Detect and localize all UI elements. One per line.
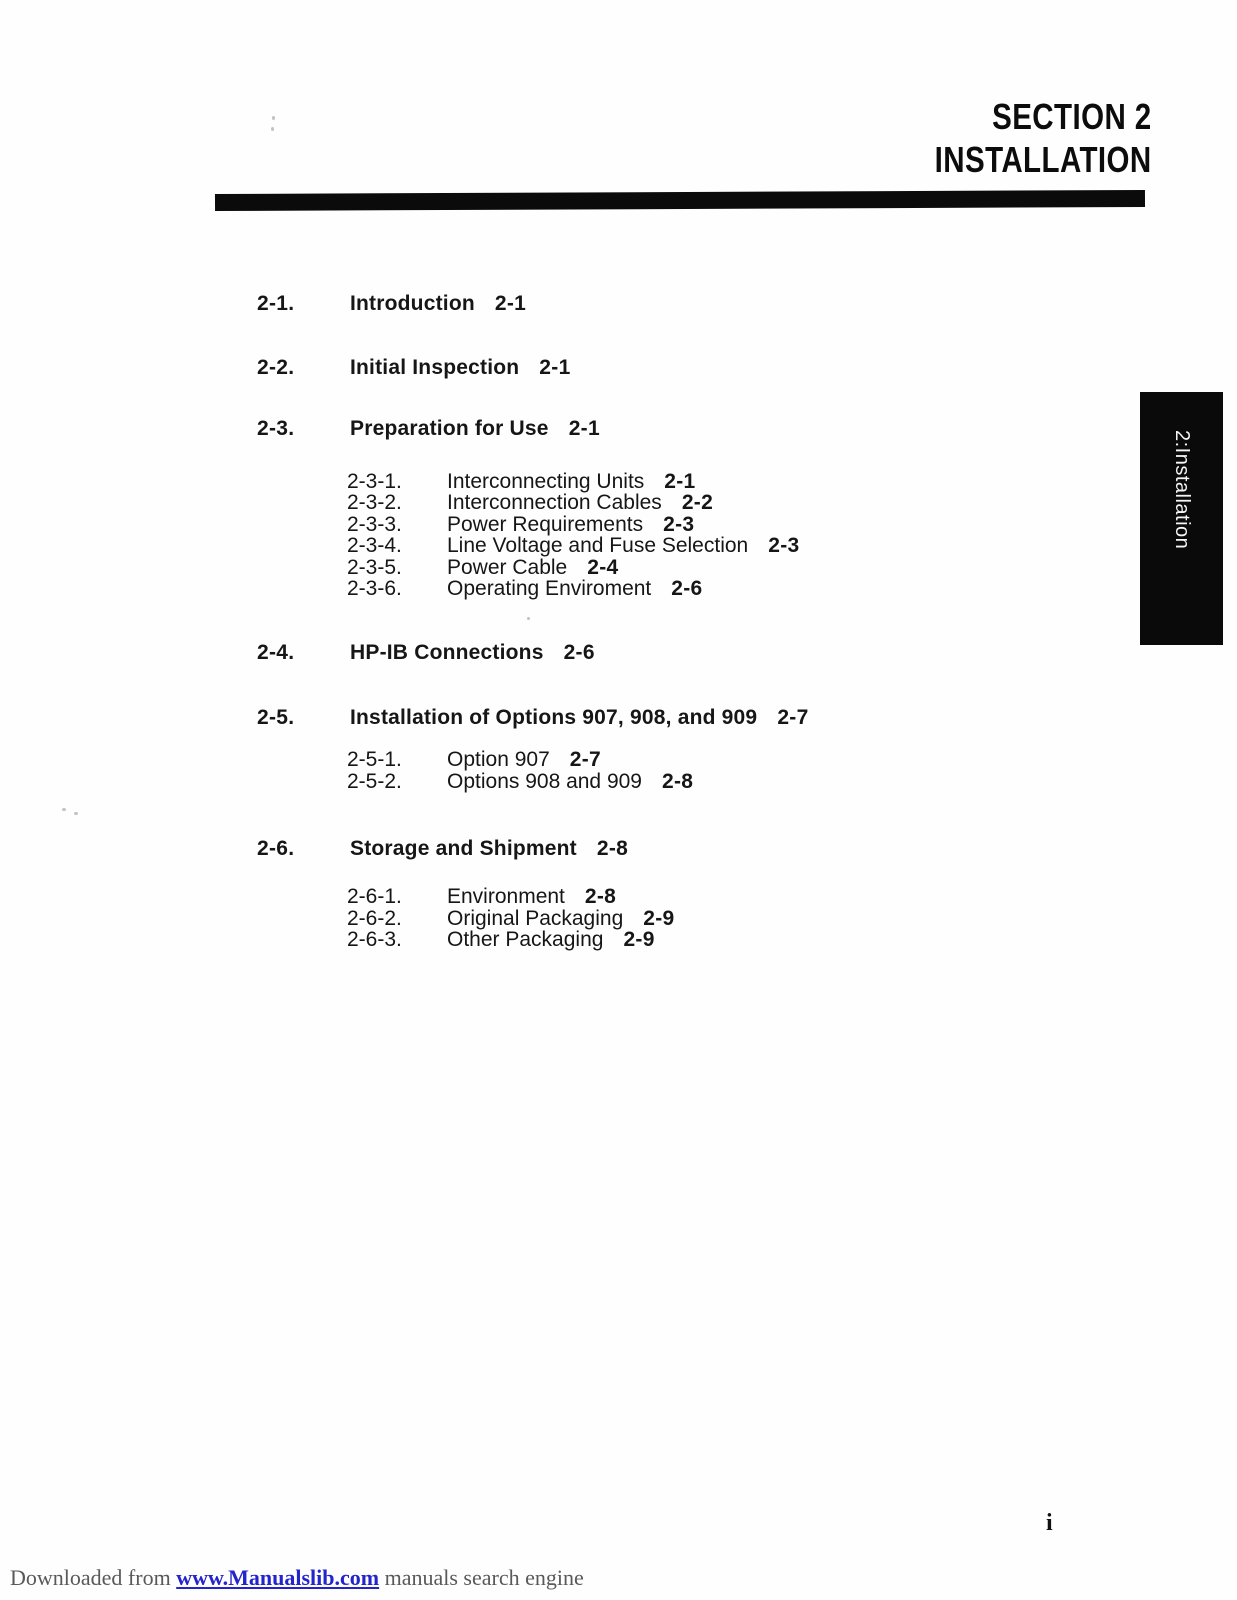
page-number: i [1046, 1510, 1053, 1537]
toc-section-page: 2-6 [564, 641, 595, 664]
toc-sub-page: 2-6 [671, 577, 702, 600]
toc-sub-number: 2-5-1. [347, 749, 447, 771]
toc-row-2-1: 2-1.Introduction2-1 [257, 293, 526, 315]
toc-row-2-6-2: 2-6-2.Original Packaging2-9 [347, 908, 675, 930]
toc-row-2-6-3: 2-6-3.Other Packaging2-9 [347, 929, 655, 951]
section-header-line2: INSTALLATION [935, 138, 1152, 181]
toc-sub-number: 2-6-1. [347, 886, 447, 908]
scan-speck [527, 617, 530, 620]
toc-sub-title: Operating Enviroment [447, 577, 651, 600]
toc-row-2-5: 2-5.Installation of Options 907, 908, an… [257, 707, 809, 729]
toc-section-number: 2-2. [257, 357, 350, 379]
footer-suffix: manuals search engine [385, 1565, 584, 1590]
section-header-line1: SECTION 2 [935, 95, 1152, 138]
toc-sub-number: 2-3-3. [347, 514, 447, 536]
chapter-bleed-tab-label: 2:Installation [1140, 392, 1223, 645]
toc-sub-page: 2-8 [662, 770, 693, 793]
toc-sub-page: 2-3 [768, 534, 799, 557]
toc-row-2-4: 2-4.HP-IB Connections2-6 [257, 642, 595, 664]
toc-section-page: 2-1 [495, 292, 526, 315]
toc-sub-number: 2-3-5. [347, 557, 447, 579]
manualslib-link[interactable]: www.Manualslib.com [176, 1565, 379, 1590]
toc-sub-page: 2-3 [663, 513, 694, 536]
toc-sub-title: Interconnection Cables [447, 491, 662, 514]
toc-sub-title: Power Cable [447, 556, 567, 579]
toc-row-2-5-2: 2-5-2.Options 908 and 9092-8 [347, 771, 693, 793]
toc-sub-number: 2-6-2. [347, 908, 447, 930]
toc-sub-title: Power Requirements [447, 513, 643, 536]
footer: Downloaded from www.Manualslib.com manua… [10, 1565, 584, 1591]
toc-row-2-3-2: 2-3-2.Interconnection Cables2-2 [347, 492, 713, 514]
toc-section-title: HP-IB Connections [350, 641, 544, 664]
toc-sub-number: 2-3-4. [347, 535, 447, 557]
toc-sub-title: Line Voltage and Fuse Selection [447, 534, 748, 557]
toc-row-2-5-1: 2-5-1.Option 9072-7 [347, 749, 601, 771]
toc-section-number: 2-5. [257, 707, 350, 729]
toc-row-2-3-5: 2-3-5.Power Cable2-4 [347, 557, 619, 579]
toc-row-2-3: 2-3.Preparation for Use2-1 [257, 418, 600, 440]
toc-section-number: 2-1. [257, 293, 350, 315]
toc-sub-title: Original Packaging [447, 907, 623, 930]
scan-speck [74, 812, 78, 815]
toc-row-2-3-6: 2-3-6.Operating Enviroment2-6 [347, 578, 703, 600]
toc-sub-number: 2-6-3. [347, 929, 447, 951]
toc-sub-number: 2-3-1. [347, 471, 447, 493]
toc-section-title: Introduction [350, 292, 475, 315]
scanned-manual-page: SECTION 2 INSTALLATION 2-1.Introduction2… [0, 0, 1237, 1600]
toc-sub-number: 2-5-2. [347, 771, 447, 793]
toc-section-page: 2-1 [539, 356, 570, 379]
scan-speck [62, 808, 66, 811]
toc-section-page: 2-7 [777, 706, 808, 729]
toc-sub-page: 2-8 [585, 885, 616, 908]
toc-sub-title: Other Packaging [447, 928, 603, 951]
toc-sub-page: 2-7 [570, 748, 601, 771]
header-divider-bar [215, 190, 1145, 211]
chapter-bleed-tab: 2:Installation [1140, 392, 1223, 645]
toc-sub-number: 2-3-6. [347, 578, 447, 600]
toc-row-2-2: 2-2.Initial Inspection2-1 [257, 357, 571, 379]
toc-sub-page: 2-9 [643, 907, 674, 930]
toc-sub-title: Options 908 and 909 [447, 770, 642, 793]
toc-section-number: 2-3. [257, 418, 350, 440]
toc-row-2-3-3: 2-3-3.Power Requirements2-3 [347, 514, 694, 536]
toc-row-2-3-1: 2-3-1.Interconnecting Units2-1 [347, 471, 696, 493]
toc-row-2-6-1: 2-6-1.Environment2-8 [347, 886, 616, 908]
toc-sub-title: Interconnecting Units [447, 470, 644, 493]
toc-section-title: Storage and Shipment [350, 837, 577, 860]
toc-sub-page: 2-1 [664, 470, 695, 493]
toc-row-2-6: 2-6.Storage and Shipment2-8 [257, 838, 628, 860]
toc-row-2-3-4: 2-3-4.Line Voltage and Fuse Selection2-3 [347, 535, 799, 557]
toc-section-number: 2-6. [257, 838, 350, 860]
toc-section-page: 2-8 [597, 837, 628, 860]
scan-speck [272, 116, 275, 120]
scan-speck [271, 127, 274, 131]
section-header: SECTION 2 INSTALLATION [935, 95, 1152, 181]
toc-section-title: Preparation for Use [350, 417, 549, 440]
toc-section-title: Initial Inspection [350, 356, 519, 379]
toc-section-number: 2-4. [257, 642, 350, 664]
toc-sub-page: 2-2 [682, 491, 713, 514]
toc-section-page: 2-1 [569, 417, 600, 440]
toc-section-title: Installation of Options 907, 908, and 90… [350, 706, 757, 729]
toc-sub-title: Environment [447, 885, 565, 908]
footer-prefix: Downloaded from [10, 1565, 171, 1590]
toc-sub-number: 2-3-2. [347, 492, 447, 514]
toc-sub-title: Option 907 [447, 748, 550, 771]
toc-sub-page: 2-9 [623, 928, 654, 951]
toc-sub-page: 2-4 [587, 556, 618, 579]
